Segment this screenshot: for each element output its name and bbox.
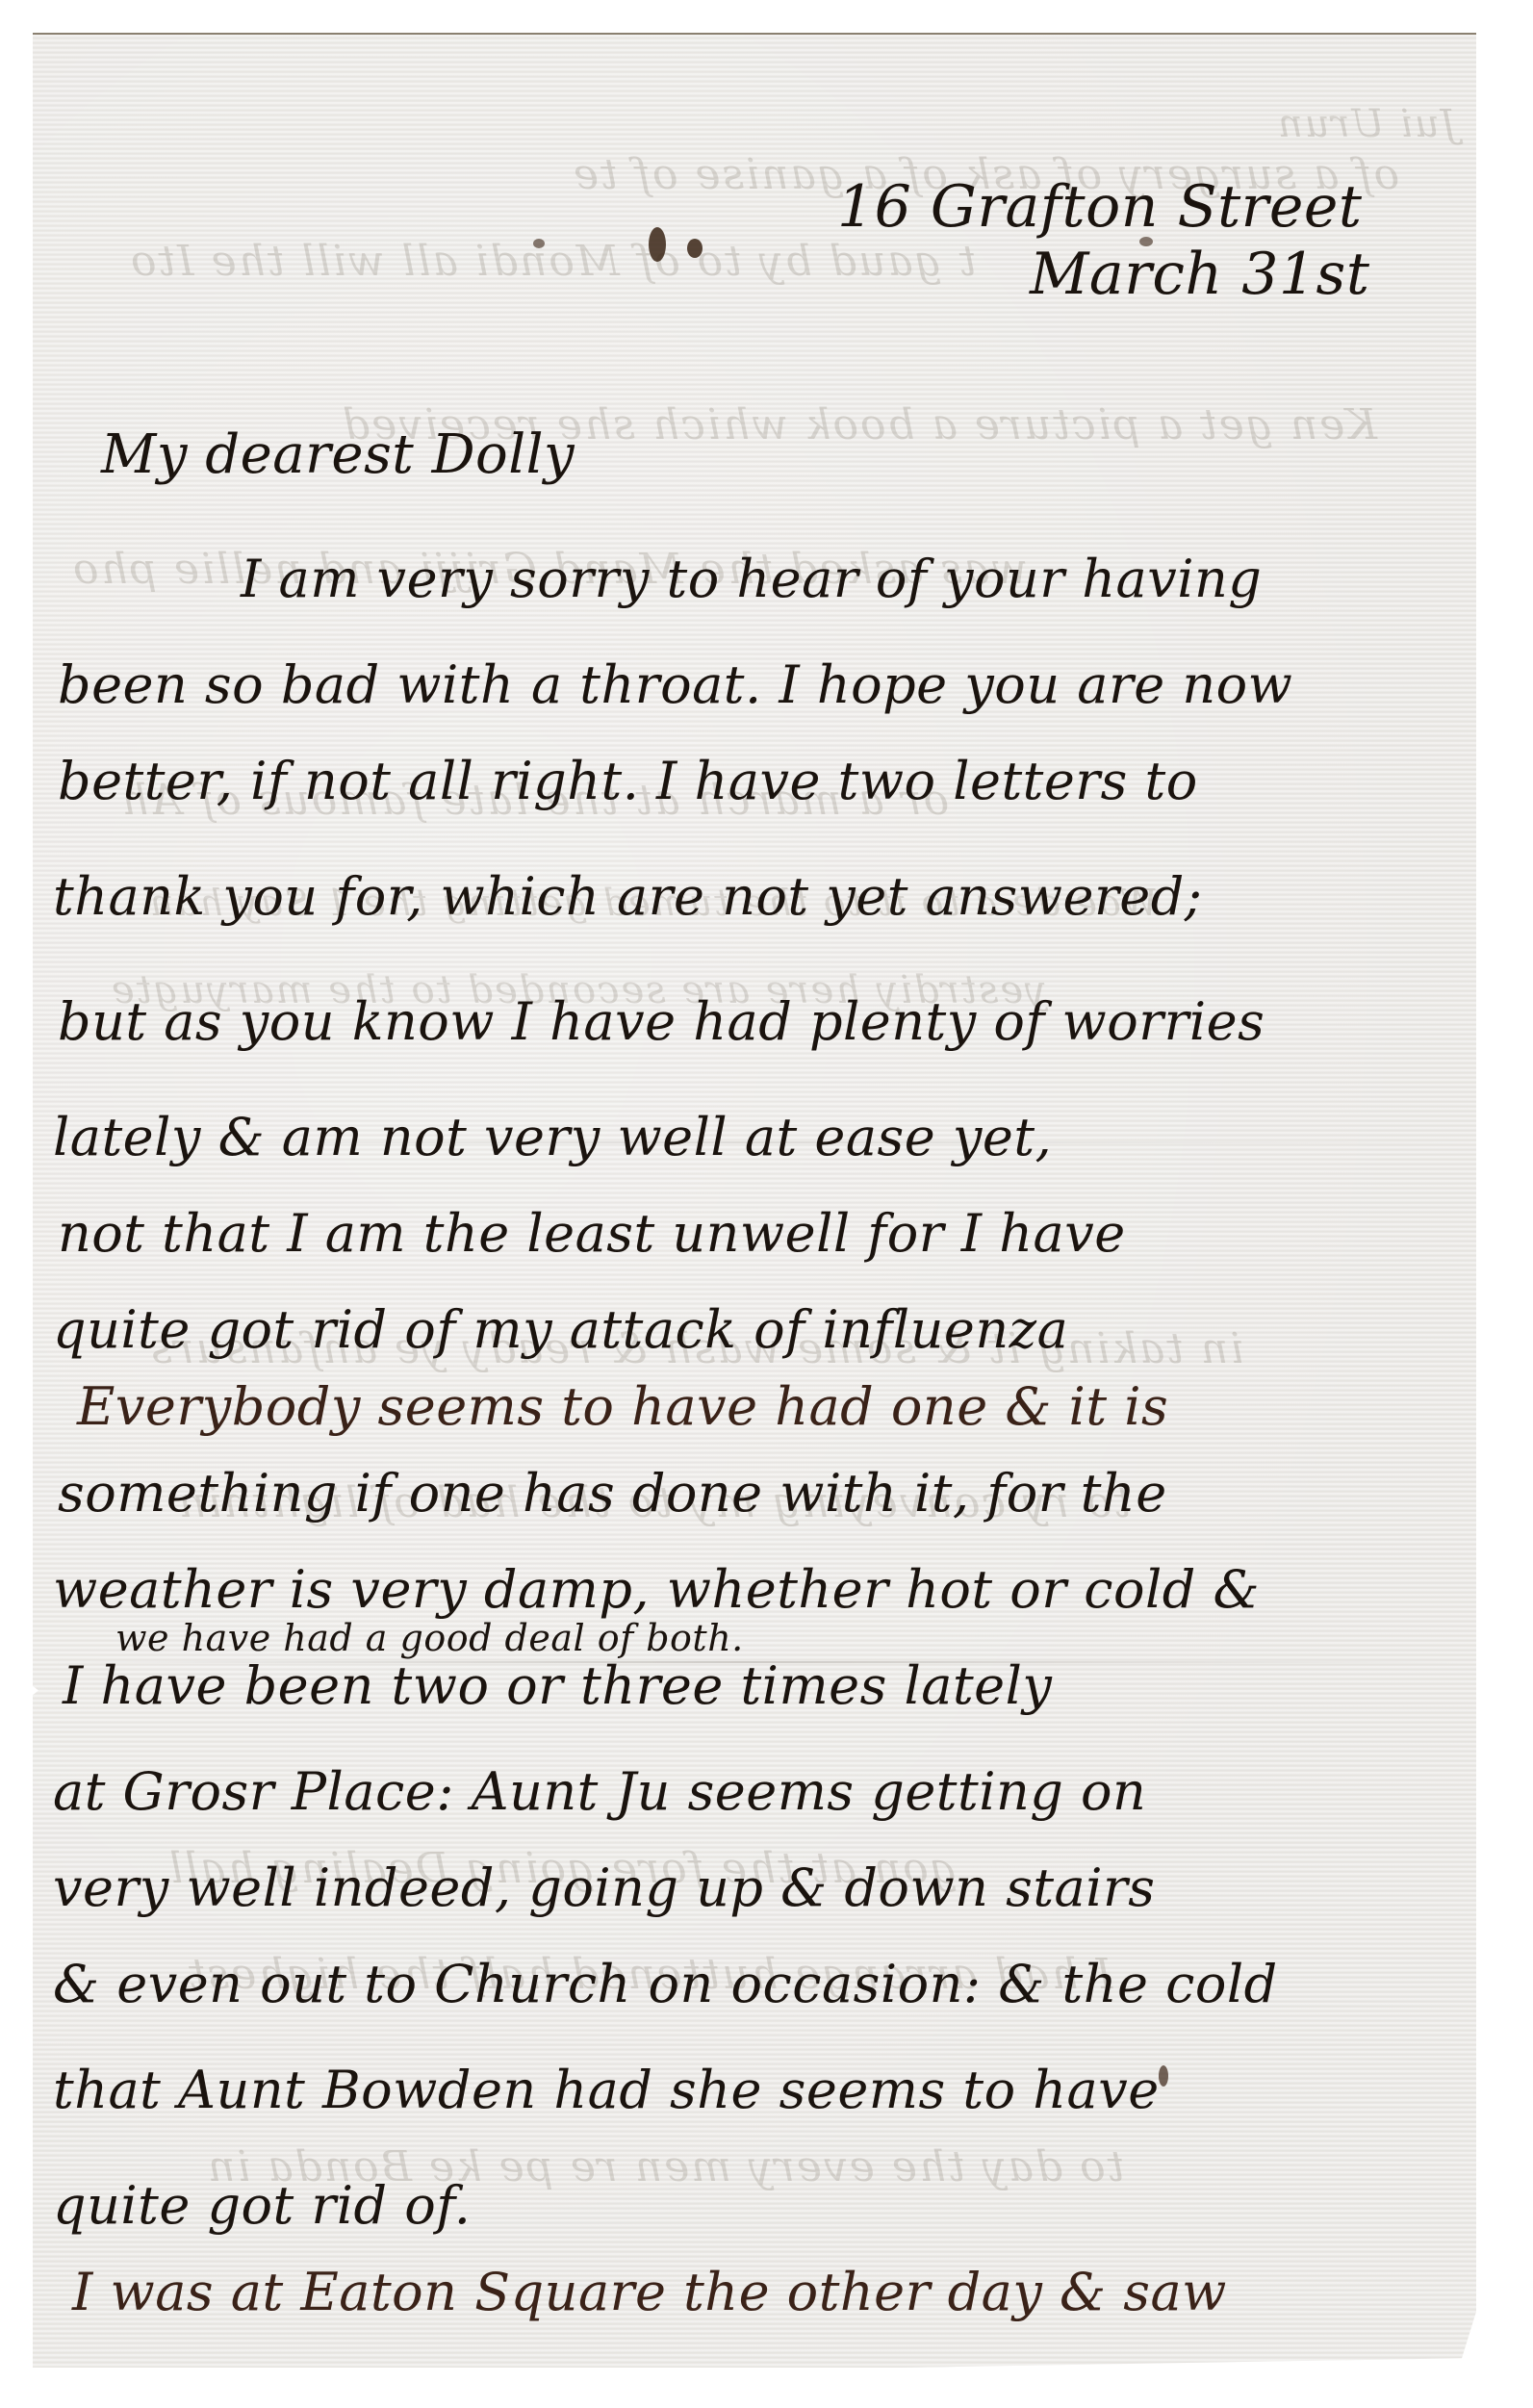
letter-line: I was at Eaton Square the other day & sa… — [72, 2262, 1227, 2322]
letter-line: not that I am the least unwell for I hav… — [58, 1203, 1126, 1264]
letter-line: that Aunt Bowden had she seems to have — [53, 2060, 1160, 2120]
bleed-through-text: t gaud by to of Mondi all will the Ito — [129, 237, 976, 286]
letter-date: March 31st — [1030, 241, 1369, 308]
interlinear-insert: we have had a good deal of both. — [115, 1617, 744, 1659]
letter-page: Jui Urun of a surgery of ask of a ganise… — [33, 33, 1476, 2368]
sender-address: 16 Grafton Street — [837, 173, 1362, 241]
letter-line: Everybody seems to have had one & it is — [77, 1376, 1168, 1437]
letter-line: lately & am not very well at ease yet, — [53, 1107, 1052, 1167]
ink-blot — [687, 239, 703, 258]
letter-line: I have been two or three times lately — [63, 1655, 1052, 1716]
bleed-through-text: Jui Urun — [1276, 102, 1457, 146]
letter-line: weather is very damp, whether hot or col… — [53, 1559, 1260, 1620]
ink-blot — [533, 239, 545, 248]
letter-line: quite got rid of. — [53, 2175, 471, 2236]
ink-blot — [649, 227, 666, 262]
letter-line: very well indeed, going up & down stairs — [53, 1857, 1156, 1918]
letter-line: quite got rid of my attack of influenza — [53, 1299, 1068, 1360]
ink-blot — [1159, 2065, 1168, 2087]
letter-line: something if one has done with it, for t… — [58, 1463, 1167, 1524]
letter-line: I am very sorry to hear of your having — [241, 549, 1262, 609]
letter-line: & even out to Church on occasion: & the … — [53, 1954, 1278, 2014]
letter-line: been so bad with a throat. I hope you ar… — [58, 654, 1292, 715]
letter-line: better, if not all right. I have two let… — [58, 751, 1198, 811]
salutation: My dearest Dolly — [101, 423, 575, 486]
letter-line: at Grosr Place: Aunt Ju seems getting on — [53, 1761, 1146, 1822]
letter-line: but as you know I have had plenty of wor… — [58, 991, 1265, 1052]
letter-line: thank you for, which are not yet answere… — [53, 866, 1202, 927]
